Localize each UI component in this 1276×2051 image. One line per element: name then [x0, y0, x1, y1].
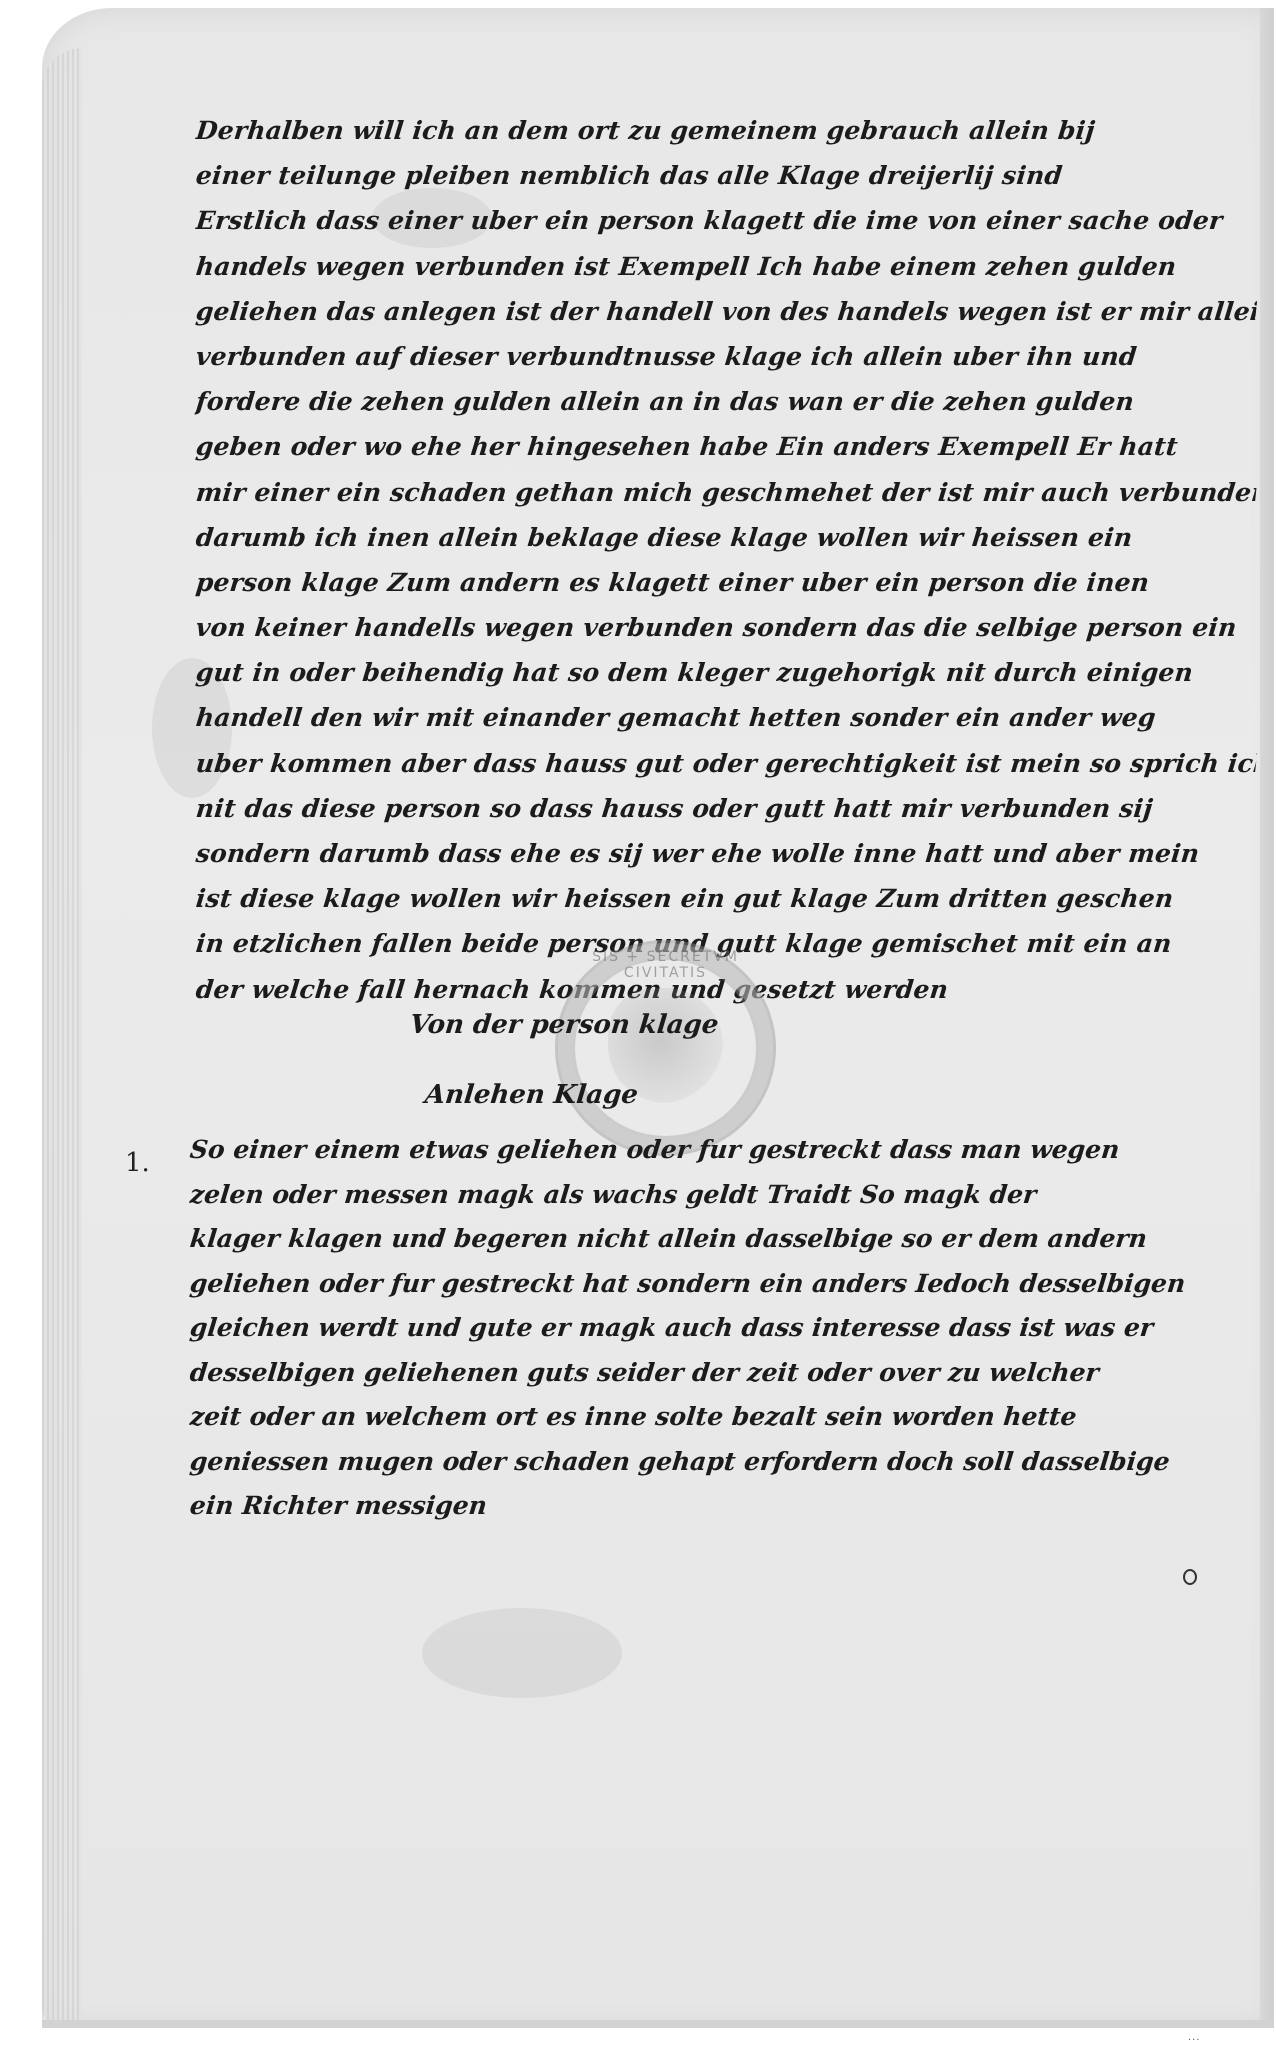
manuscript-line: verbunden auf dieser verbundtnusse klage…: [194, 334, 1259, 379]
manuscript-line: zeit oder an welchem ort es inne solte b…: [188, 1395, 1263, 1440]
paper-stain: [422, 1608, 622, 1698]
paragraph-loan-claim: So einer einem etwas geliehen oder fur g…: [190, 1128, 1260, 1529]
page-right-edge: [1260, 8, 1274, 2028]
manuscript-line: fordere die zehen gulden allein an in da…: [194, 379, 1259, 424]
manuscript-line: geliehen oder fur gestreckt hat sondern …: [188, 1262, 1263, 1307]
manuscript-line: desselbigen geliehenen guts seider der z…: [188, 1351, 1263, 1396]
manuscript-line: einer teilunge pleiben nemblich das alle…: [194, 153, 1259, 198]
manuscript-line: sondern darumb dass ehe es sij wer ehe w…: [194, 831, 1259, 876]
manuscript-line: geben oder wo ehe her hingesehen habe Ei…: [194, 424, 1259, 469]
manuscript-line: mir einer ein schaden gethan mich geschm…: [194, 470, 1259, 515]
seal-legend: SIS + SECRETVM CIVITATIS: [558, 949, 773, 981]
manuscript-line: geniessen mugen oder schaden gehapt erfo…: [188, 1440, 1263, 1485]
manuscript-line: ist diese klage wollen wir heissen ein g…: [194, 876, 1259, 921]
page-bottom-edge: [42, 2020, 1274, 2028]
manuscript-line: Derhalben will ich an dem ort zu gemeine…: [194, 108, 1259, 153]
end-mark-icon: [1183, 1569, 1197, 1585]
manuscript-line: So einer einem etwas geliehen oder fur g…: [188, 1128, 1263, 1173]
manuscript-line: darumb ich inen allein beklage diese kla…: [194, 515, 1259, 560]
manuscript-line: Erstlich dass einer uber ein person klag…: [194, 198, 1259, 243]
section-heading: Von der person klage: [408, 1010, 720, 1040]
manuscript-line: nit das diese person so dass hauss oder …: [194, 786, 1259, 831]
manuscript-line: handell den wir mit einander gemacht het…: [194, 695, 1259, 740]
manuscript-line: person klage Zum andern es klagett einer…: [194, 560, 1259, 605]
city-seal-stamp: SIS + SECRETVM CIVITATIS: [555, 940, 776, 1156]
margin-number: 1.: [125, 1148, 150, 1178]
manuscript-line: klager klagen und begeren nicht allein d…: [188, 1217, 1263, 1262]
manuscript-line: ein Richter messigen: [188, 1484, 1263, 1529]
manuscript-line: handels wegen verbunden ist Exempell Ich…: [194, 244, 1259, 289]
manuscript-line: geliehen das anlegen ist der handell von…: [194, 289, 1259, 334]
manuscript-line: uber kommen aber dass hauss gut oder ger…: [194, 741, 1259, 786]
manuscript-line: gut in oder beihendig hat so dem kleger …: [194, 650, 1259, 695]
manuscript-line: zelen oder messen magk als wachs geldt T…: [188, 1173, 1263, 1218]
paragraph-general-classification: Derhalben will ich an dem ort zu gemeine…: [196, 108, 1256, 1012]
archive-footer-mark: ...: [1188, 2032, 1201, 2043]
manuscript-line: gleichen werdt und gute er magk auch das…: [188, 1306, 1263, 1351]
subsection-heading: Anlehen Klage: [423, 1080, 639, 1110]
manuscript-line: von keiner handells wegen verbunden sond…: [194, 605, 1259, 650]
